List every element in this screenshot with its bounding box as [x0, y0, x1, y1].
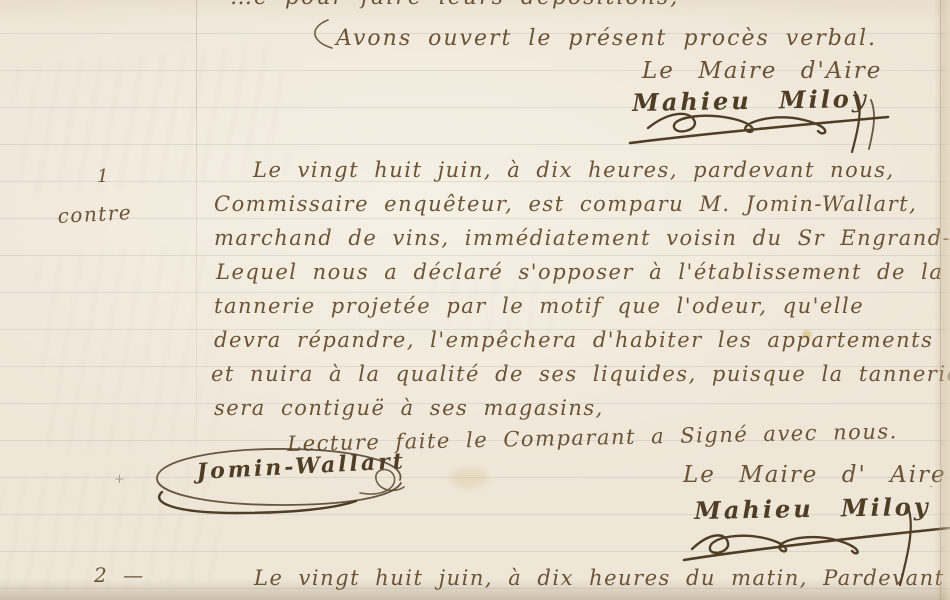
ink-bleedthrough-smudge — [32, 243, 229, 458]
handwritten-line: Le vingt huit juin, à dix heures du mati… — [254, 566, 950, 590]
opening-curl-flourish — [315, 20, 332, 48]
handwritten-line: Le vingt huit juin, à dix heures, pardev… — [253, 158, 895, 182]
paraph-underline-top — [630, 117, 888, 143]
paraph-slash-top — [869, 100, 874, 149]
opposant-signature: Jomin-Wallart — [196, 448, 406, 485]
handwritten-line: marchand de vins, immédiatement voisin d… — [214, 226, 950, 250]
page-edge-shadow — [934, 0, 950, 600]
handwritten-line: sera contiguë à ses magasins, — [214, 396, 604, 420]
mayor-signature: Mahieu Miloy — [632, 84, 869, 117]
ink-bleedthrough-smudge — [10, 43, 290, 196]
edge-mark: - — [929, 479, 933, 493]
paraph-underline-bottom — [684, 528, 949, 560]
margin-entry-number: 1 — [97, 166, 110, 187]
mayor-signature: Mahieu Miloy — [694, 492, 931, 525]
handwritten-line: Lequel nous a déclaré s'opposer à l'étab… — [216, 260, 943, 284]
page-edge-line — [940, 0, 941, 600]
signoff-le-maire-daire: Le Maire d'Aire — [642, 58, 882, 84]
paper-stain — [450, 468, 488, 488]
signature-tail-flourish — [159, 492, 356, 513]
handwritten-line: et nuira à la qualité de ses liquides, p… — [211, 362, 950, 386]
margin-note-contre: contre — [57, 200, 133, 228]
handwritten-line: …e pour faire leurs dépositions, — [230, 0, 679, 10]
handwritten-line: tannerie projetée par le motif que l'ode… — [214, 294, 864, 318]
margin-entry-number: 2 — — [94, 563, 145, 587]
signoff-le-maire-daire: Le Maire d' Aire — [683, 462, 947, 488]
paraph-flourish-top — [648, 114, 825, 133]
vertical-crease — [196, 0, 197, 450]
pencil-cross-mark: + — [114, 472, 125, 487]
handwritten-line: Avons ouvert le présent procès verbal. — [336, 26, 877, 51]
handwritten-line: devra répandre, l'empêchera d'habiter le… — [214, 328, 933, 352]
handwritten-line: Commissaire enquêteur, est comparu M. Jo… — [214, 192, 917, 216]
manuscript-page: …e pour faire leurs dépositions, Avons o… — [0, 0, 950, 600]
paraph-flourish-bottom — [692, 535, 858, 553]
